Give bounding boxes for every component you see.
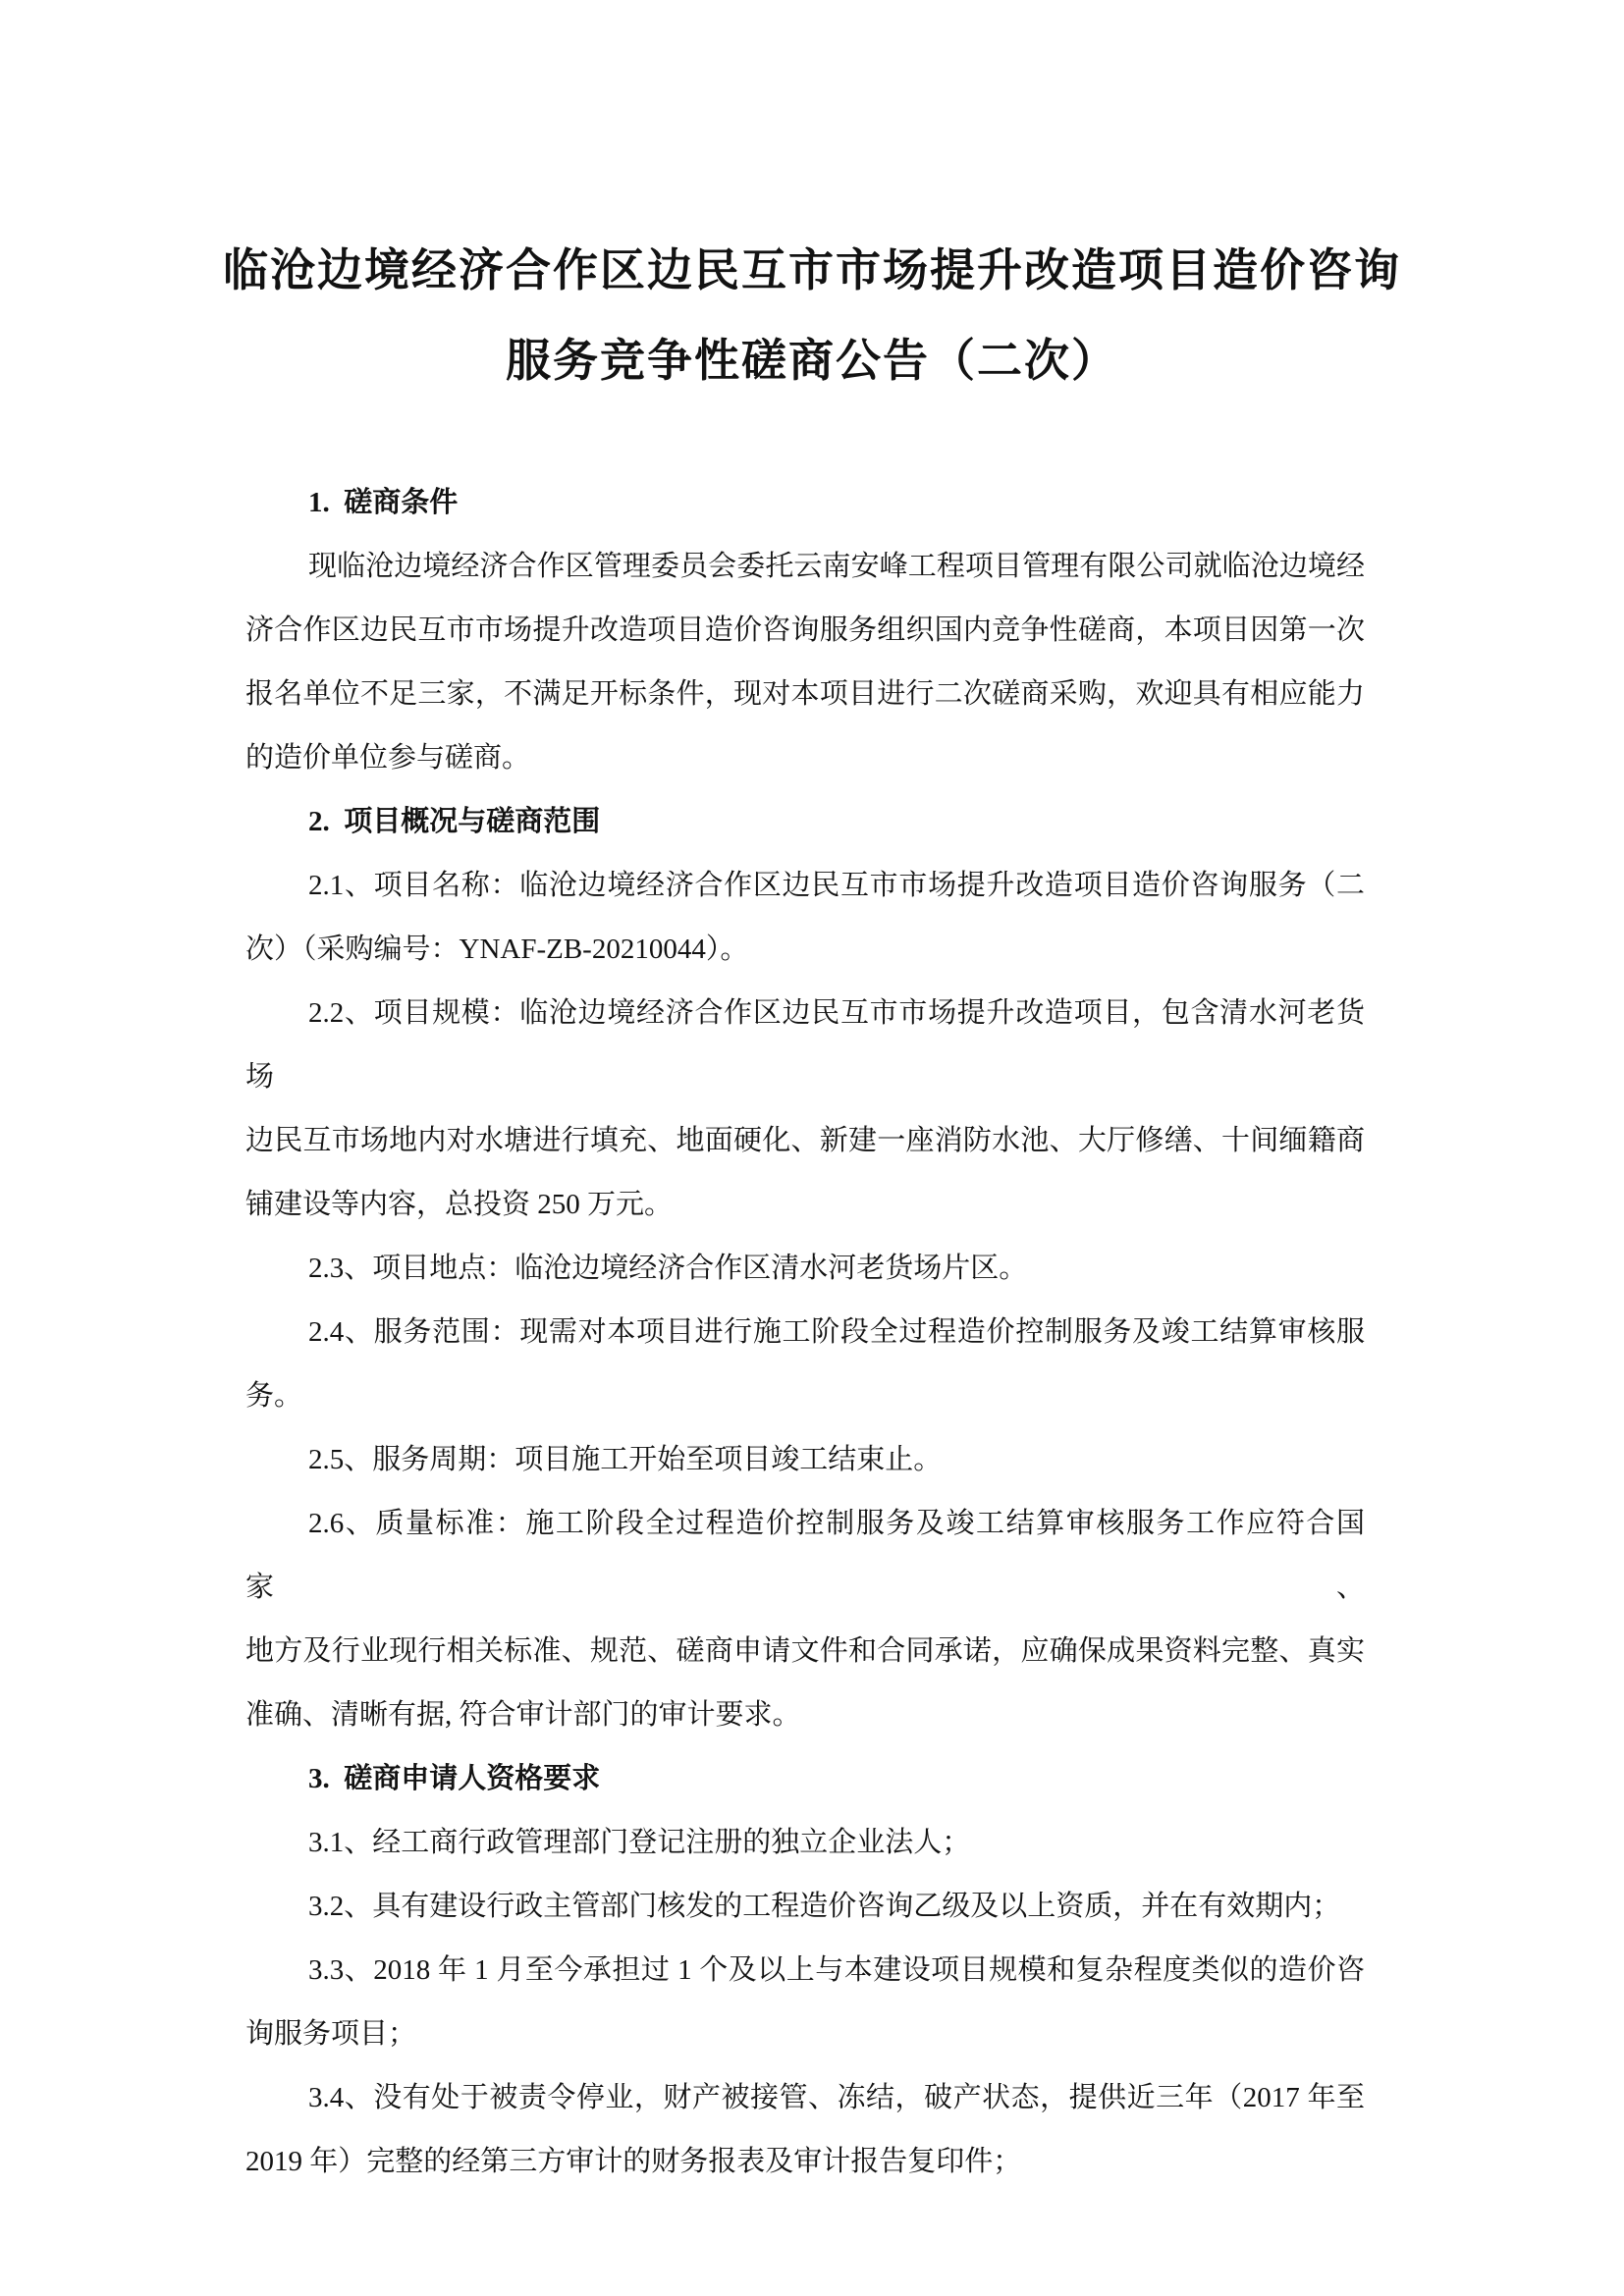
section-heading: 3. 磋商申请人资格要求: [245, 1747, 1365, 1811]
text-line: 询服务项目；: [245, 2002, 1365, 2066]
text-line: 3.1、经工商行政管理部门登记注册的独立企业法人；: [245, 1811, 1365, 1875]
text-line: 的造价单位参与磋商。: [245, 726, 1365, 790]
text-line: 3.3、2018 年 1 月至今承担过 1 个及以上与本建设项目规模和复杂程度类…: [245, 1939, 1365, 2002]
text-line: 3.2、具有建设行政主管部门核发的工程造价咨询乙级及以上资质，并在有效期内；: [245, 1875, 1365, 1939]
text-line: 2.3、项目地点：临沧边境经济合作区清水河老货场片区。: [245, 1237, 1365, 1301]
text-line: 边民互市场地内对水塘进行填充、地面硬化、新建一座消防水池、大厅修缮、十间缅籍商: [245, 1109, 1365, 1173]
text-line: 准确、清晰有据, 符合审计部门的审计要求。: [245, 1683, 1365, 1747]
text-line: 济合作区边民互市市场提升改造项目造价咨询服务组织国内竞争性磋商，本项目因第一次: [245, 599, 1365, 663]
text-line: 地方及行业现行相关标准、规范、磋商申请文件和合同承诺，应确保成果资料完整、真实: [245, 1620, 1365, 1683]
section-heading: 2. 项目概况与磋商范围: [245, 790, 1365, 854]
text-line: 2.4、服务范围：现需对本项目进行施工阶段全过程造价控制服务及竣工结算审核服: [245, 1301, 1365, 1364]
text-line: 2019 年）完整的经第三方审计的财务报表及审计报告复印件；: [245, 2130, 1365, 2194]
title-line-2: 服务竞争性磋商公告（二次）: [137, 316, 1487, 406]
text-line: 3.4、没有处于被责令停业，财产被接管、冻结，破产状态，提供近三年（2017 年…: [245, 2066, 1365, 2130]
text-line: 报名单位不足三家，不满足开标条件，现对本项目进行二次磋商采购，欢迎具有相应能力: [245, 663, 1365, 726]
document-page: 临沧边境经济合作区边民互市市场提升改造项目造价咨询 服务竞争性磋商公告（二次） …: [0, 0, 1624, 2296]
text-line: 务。: [245, 1364, 1365, 1428]
text-line: 2.5、服务周期：项目施工开始至项目竣工结束止。: [245, 1428, 1365, 1492]
text-line: 2.1、项目名称：临沧边境经济合作区边民互市市场提升改造项目造价咨询服务（二: [245, 854, 1365, 918]
text-line: 2.2、项目规模：临沧边境经济合作区边民互市市场提升改造项目，包含清水河老货场: [245, 982, 1365, 1109]
document-body: 1. 磋商条件现临沧边境经济合作区管理委员会委托云南安峰工程项目管理有限公司就临…: [245, 471, 1365, 2194]
text-line: 铺建设等内容，总投资 250 万元。: [245, 1173, 1365, 1237]
section-heading: 1. 磋商条件: [245, 471, 1365, 535]
text-line: 次）（采购编号：YNAF-ZB-20210044）。: [245, 918, 1365, 982]
text-line: 2.6、质量标准：施工阶段全过程造价控制服务及竣工结算审核服务工作应符合国家、: [245, 1492, 1365, 1620]
document-title: 临沧边境经济合作区边民互市市场提升改造项目造价咨询 服务竞争性磋商公告（二次）: [137, 226, 1487, 406]
title-line-1: 临沧边境经济合作区边民互市市场提升改造项目造价咨询: [137, 226, 1487, 316]
text-line: 现临沧边境经济合作区管理委员会委托云南安峰工程项目管理有限公司就临沧边境经: [245, 535, 1365, 599]
